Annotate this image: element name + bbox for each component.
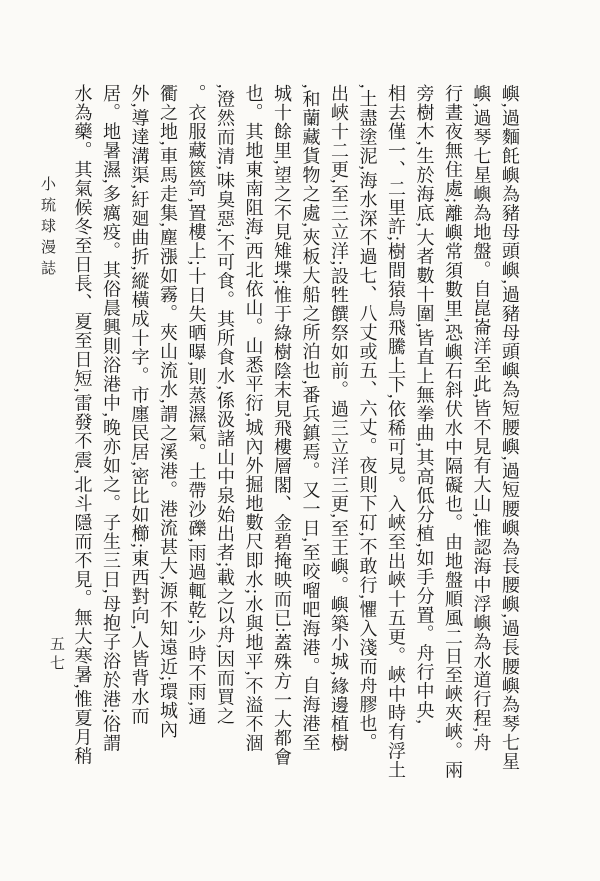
text-column: 相去僅一、二里許;樹間猿鳥飛騰上下,依稀可見。入峽至出峽十五更。峽中時有浮土 <box>382 84 411 840</box>
book-title-margin: 小琉球漫誌 <box>37 176 58 281</box>
text-column: 水為藥。其氣候冬至日長、夏至日短,雷發不震,北斗隱而不見。無大寒暑,惟夏月稍 <box>68 84 97 840</box>
text-column: 城十餘里,望之不見雉堞;惟于綠樹陰末見飛樓層閣、金碧掩映而已:蓋殊方一大都會 <box>268 84 297 840</box>
text-column: 嶼,過麵飥嶼為豬母頭嶼,過豬母頭嶼為短腰嶼,過短腰嶼為長腰嶼,過長腰嶼為琴七星 <box>496 84 525 840</box>
text-column: 。衣服藏篋笥,置樓上;十日失晒曝,則蒸濕氣。土帶沙礫,雨過輒乾;少時不雨,通 <box>182 84 211 840</box>
text-column: ,澄然而清,味臭惡,不可食。其所食水,係汲諸山中泉始出者;載之以舟,因而買之 <box>211 84 240 840</box>
text-column: 行晝夜無住處;離嶼常須數里,恐嶼石斜伏水中隔礙也。由地盤順風二日至峽夾峽。兩 <box>439 84 468 840</box>
book-page: 嶼,過麵飥嶼為豬母頭嶼,過豬母頭嶼為短腰嶼,過短腰嶼為長腰嶼,過長腰嶼為琴七星 … <box>0 0 600 881</box>
page-number: 五七 <box>46 636 67 674</box>
text-column: ,和蘭藏貨物之處,夾板大船之所泊也,番兵鎮焉。又一日,至咬𠺕吧海港。自海港至 <box>296 84 325 840</box>
main-text-block: 嶼,過麵飥嶼為豬母頭嶼,過豬母頭嶼為短腰嶼,過短腰嶼為長腰嶼,過長腰嶼為琴七星 … <box>66 84 524 840</box>
text-column: 出峽十二更,至三立洋;設牲饌祭如前。過三立洋三更,至王嶼。嶼築小城,緣邊植樹 <box>325 84 354 840</box>
text-column: 衢之地,車馬走集,塵漲如霧。夾山流水,謂之溪港。港流甚大,源不知遠近;環城內 <box>154 84 183 840</box>
text-column: 外,導達溝渠,紆廻曲折,縱橫成十字。市廛民居,密比如櫛;東西對向,人皆背水而 <box>125 84 154 840</box>
text-column: 嶼,過琴七星嶼為地盤。自崑崙洋至此,皆不見有大山,惟認海中浮嶼為水道行程,舟 <box>467 84 496 840</box>
text-column: 居。地暑濕,多癘疫。其俗晨興則浴港中,晚亦如之。子生三日,母抱子浴於港;俗謂 <box>97 84 126 840</box>
text-column: 旁樹木,生於海底,大者數十圍,皆直上無拳曲,其高低分植,如手分置。舟行中央, <box>410 84 439 840</box>
text-column: 也。其地東南阻海,西北依山。山悉平衍,城內外掘地數尺即水;水與地平,不溢不涸 <box>239 84 268 840</box>
text-column: ,土盡塗泥,海水深不過七、八丈或五、六丈。夜則下矴,不敢行,懼入淺而舟膠也。 <box>353 84 382 840</box>
